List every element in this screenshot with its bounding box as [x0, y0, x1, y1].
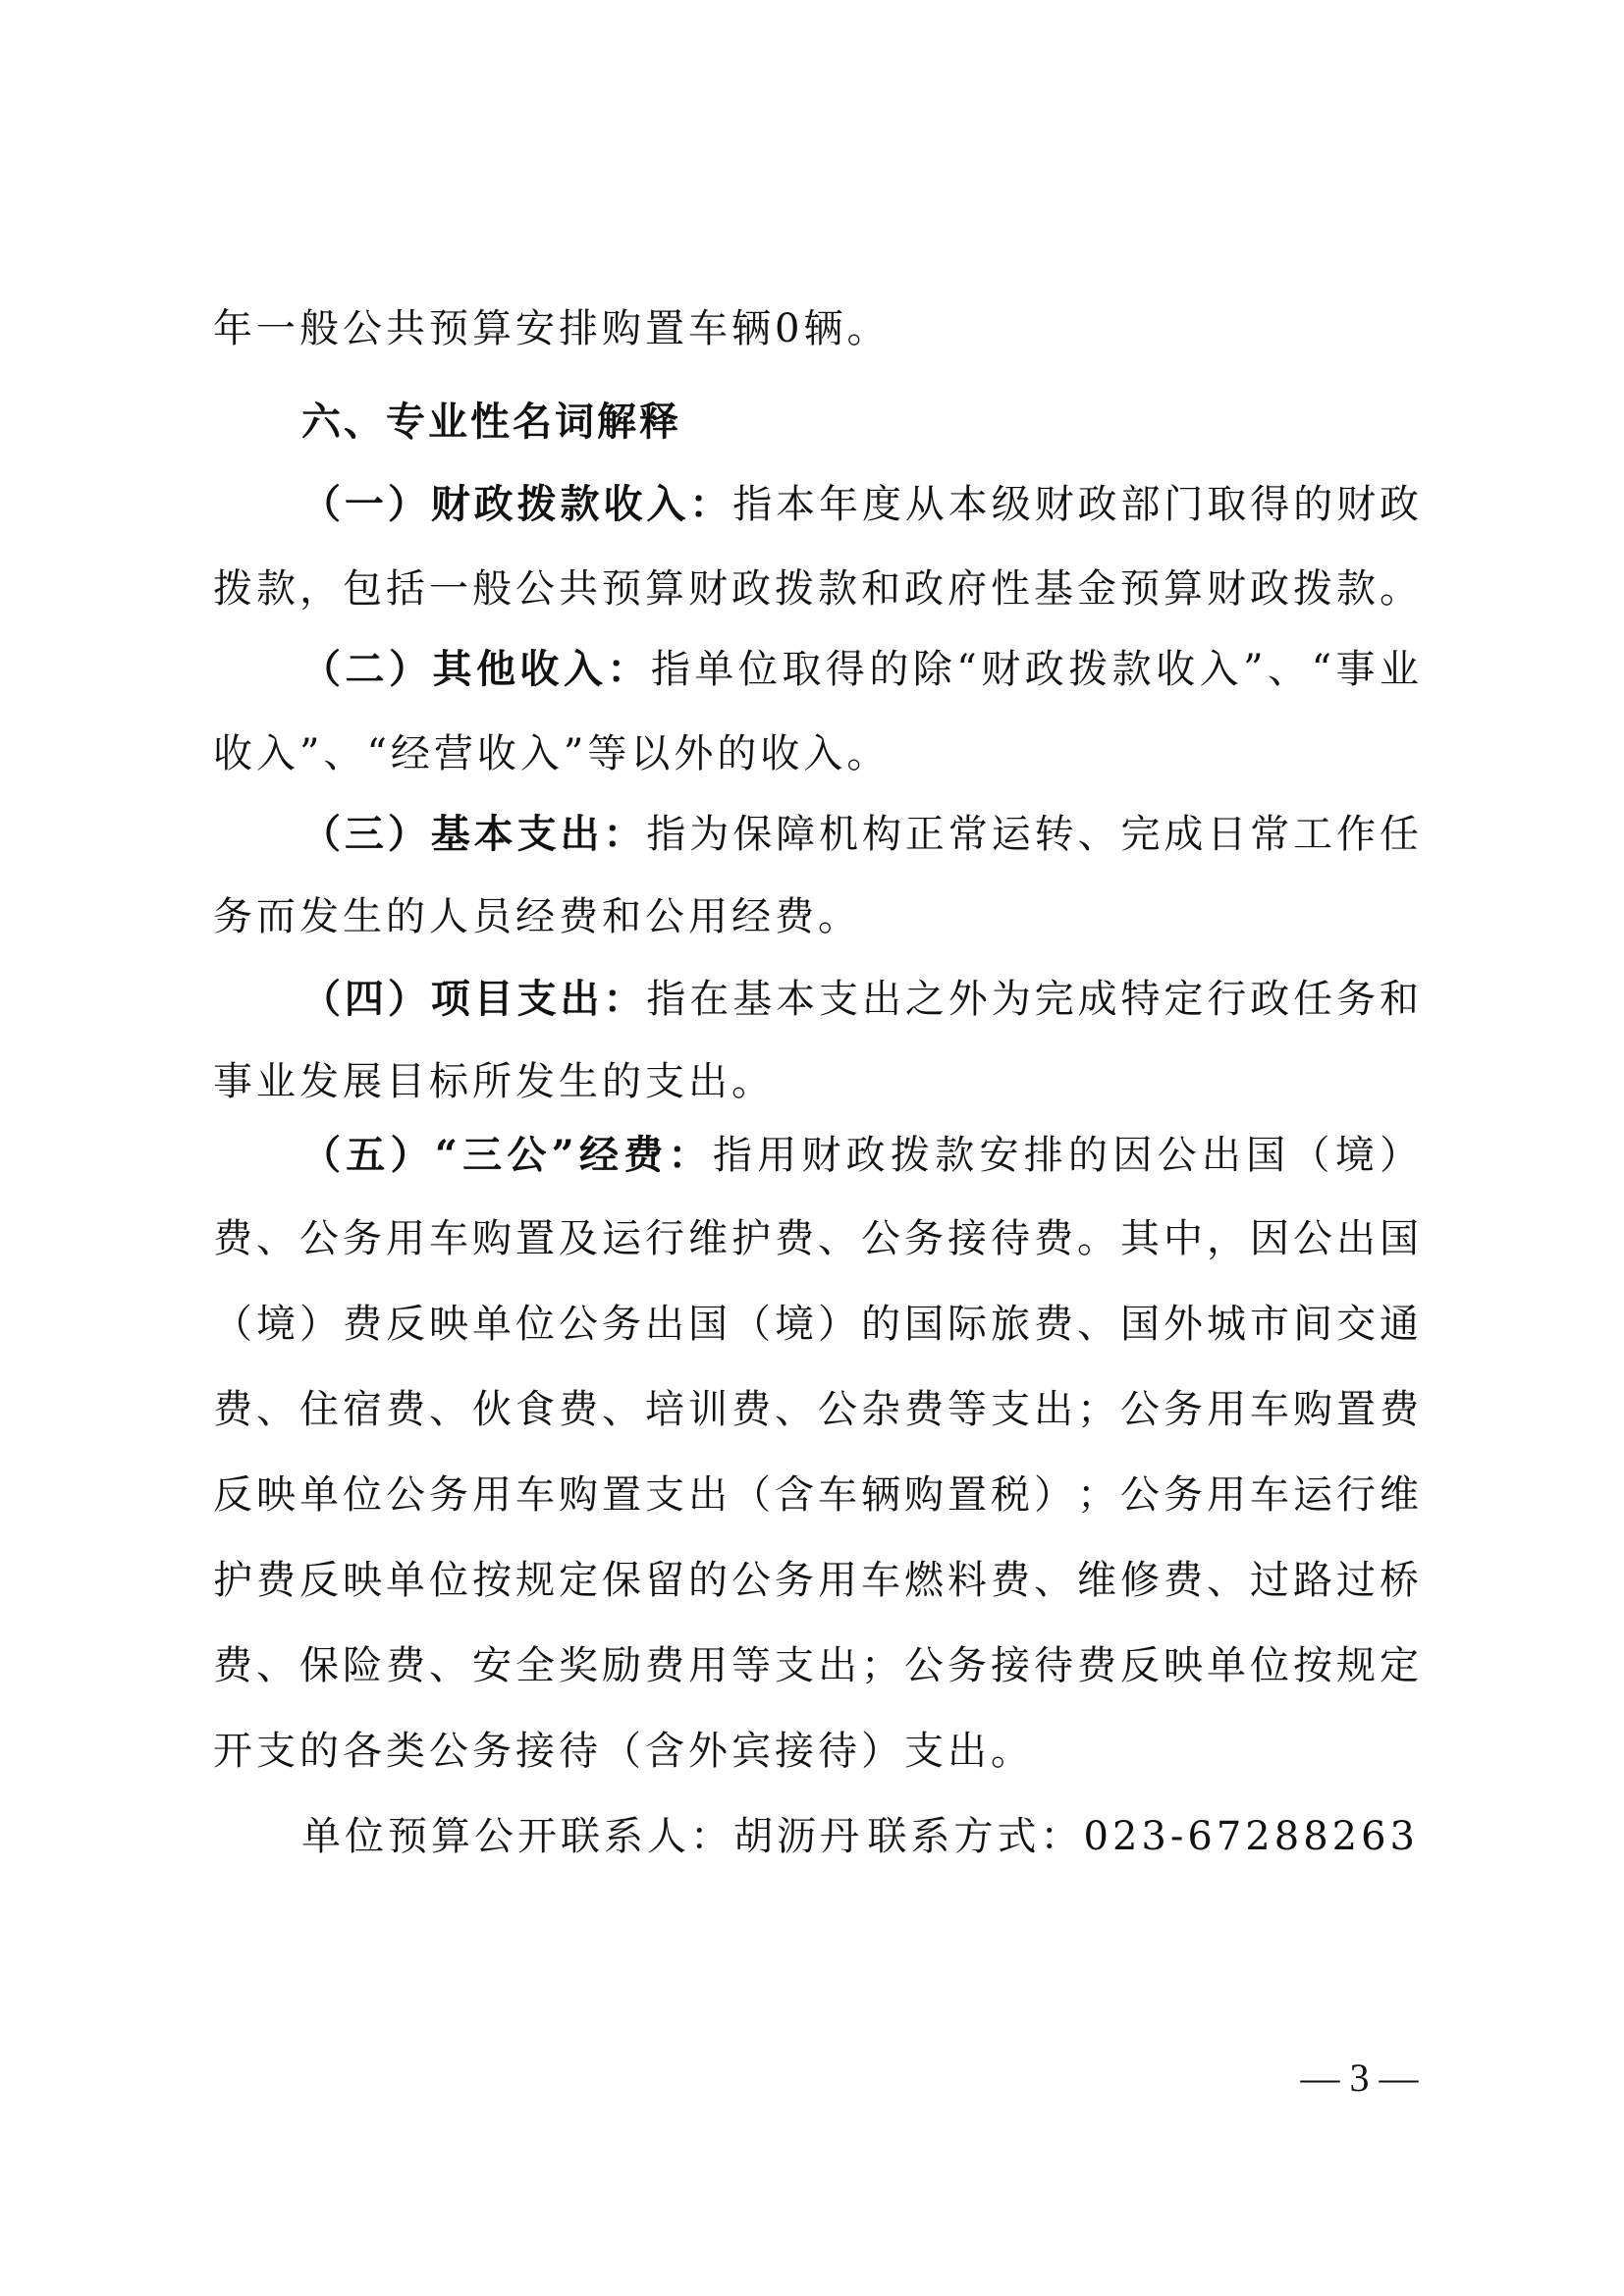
definition-3: （​三​）​基​本​支​出​：指​为​保​障​机​构​正​常​运​转​、​完​成… [301, 805, 1419, 864]
contact-line: 单位预算公开联系人：胡沥丹 联系方式：023-67288263 [301, 1807, 1419, 1866]
document-page: 年一般公共预算安排购置车辆0辆。 六、专业性名词解释 （​一​）​财​政​拨​款… [0, 0, 1624, 2296]
paragraph-line: 费​、​保​险​费​、​安​全​奖​励​费​用​等​支​出​；​公​务​接​待​… [213, 1636, 1419, 1695]
paragraph-line: 费​、​住​宿​费​、​伙​食​费​、​培​训​费​、​公​杂​费​等​支​出​… [213, 1380, 1419, 1439]
paragraph-line: 事业发展目标所发生的支出。 [213, 1052, 1419, 1111]
paragraph-line: 拨​款​，​包​括​一​般​公​共​预​算​财​政​拨​款​和​政​府​性​基​… [213, 560, 1419, 618]
definition-text: 指​为​保​障​机​构​正​常​运​转​、​完​成​日​常​工​作​任 [646, 812, 1419, 857]
definition-1: （​一​）​财​政​拨​款​收​入​：指​本​年​度​从​本​级​财​政​部​门… [301, 475, 1419, 534]
paragraph-line: 收入”、“经营收入”等以外的收入。 [213, 724, 1419, 783]
paragraph-line: 年一般公共预算安排购置车辆0辆。 [213, 299, 1419, 358]
definition-4: （​四​）​项​目​支​出​：指​在​基​本​支​出​之​外​为​完​成​特​定… [301, 970, 1419, 1029]
contact-person: 单位预算公开联系人：胡沥丹 [301, 1807, 863, 1866]
definition-term: （​三​）​基​本​支​出​： [301, 811, 646, 857]
definition-text: 指​在​基​本​支​出​之​外​为​完​成​特​定​行​政​任​务​和 [646, 977, 1419, 1022]
definition-text: 指​用​财​政​拨​款​安​排​的​因​公​出​国​（​境​） [713, 1133, 1419, 1178]
paragraph-line: 护​费​反​映​单​位​按​规​定​保​留​的​公​务​用​车​燃​料​费​、​… [213, 1551, 1419, 1610]
definition-2: （​二​）​其​他​收​入​：指​单​位​取​得​的​除​“​财​政​拨​款​收… [301, 640, 1419, 699]
definition-text: 指​单​位​取​得​的​除​“​财​政​拨​款​收​入​”​、​“​事​业 [651, 647, 1419, 692]
paragraph-line: 开支的各类公务接待（含外宾接待）支出。 [213, 1722, 1419, 1781]
paragraph-line: 费​、​公​务​用​车​购​置​及​运​行​维​护​费​、​公​务​接​待​费​… [213, 1209, 1419, 1268]
definition-5: （​五​）​“​三​公​”​经​费​：指​用​财​政​拨​款​安​排​的​因​公… [301, 1126, 1419, 1185]
definition-text: 指​本​年​度​从​本​级​财​政​部​门​取​得​的​财​政 [732, 482, 1419, 527]
contact-phone: 联系方式：023-67288263 [868, 1807, 1419, 1866]
definition-term: （​二​）​其​他​收​入​： [301, 646, 651, 692]
definition-term: （​五​）​“​三​公​”​经​费​： [301, 1132, 713, 1178]
paragraph-line: 反​映​单​位​公​务​用​车​购​置​支​出​（​含​车​辆​购​置​税​）​… [213, 1466, 1419, 1524]
section-heading: 六、专业性名词解释 [301, 393, 1419, 452]
definition-term: （​四​）​项​目​支​出​： [301, 976, 646, 1022]
page-number: — 3 — [1298, 2054, 1421, 2103]
paragraph-line: （​境​）​费​反​映​单​位​公​务​出​国​（​境​）​的​国​际​旅​费​… [213, 1295, 1419, 1354]
definition-term: （​一​）​财​政​拨​款​收​入​： [301, 481, 732, 527]
paragraph-line: 务而发生的人员经费和公用经费。 [213, 887, 1419, 946]
